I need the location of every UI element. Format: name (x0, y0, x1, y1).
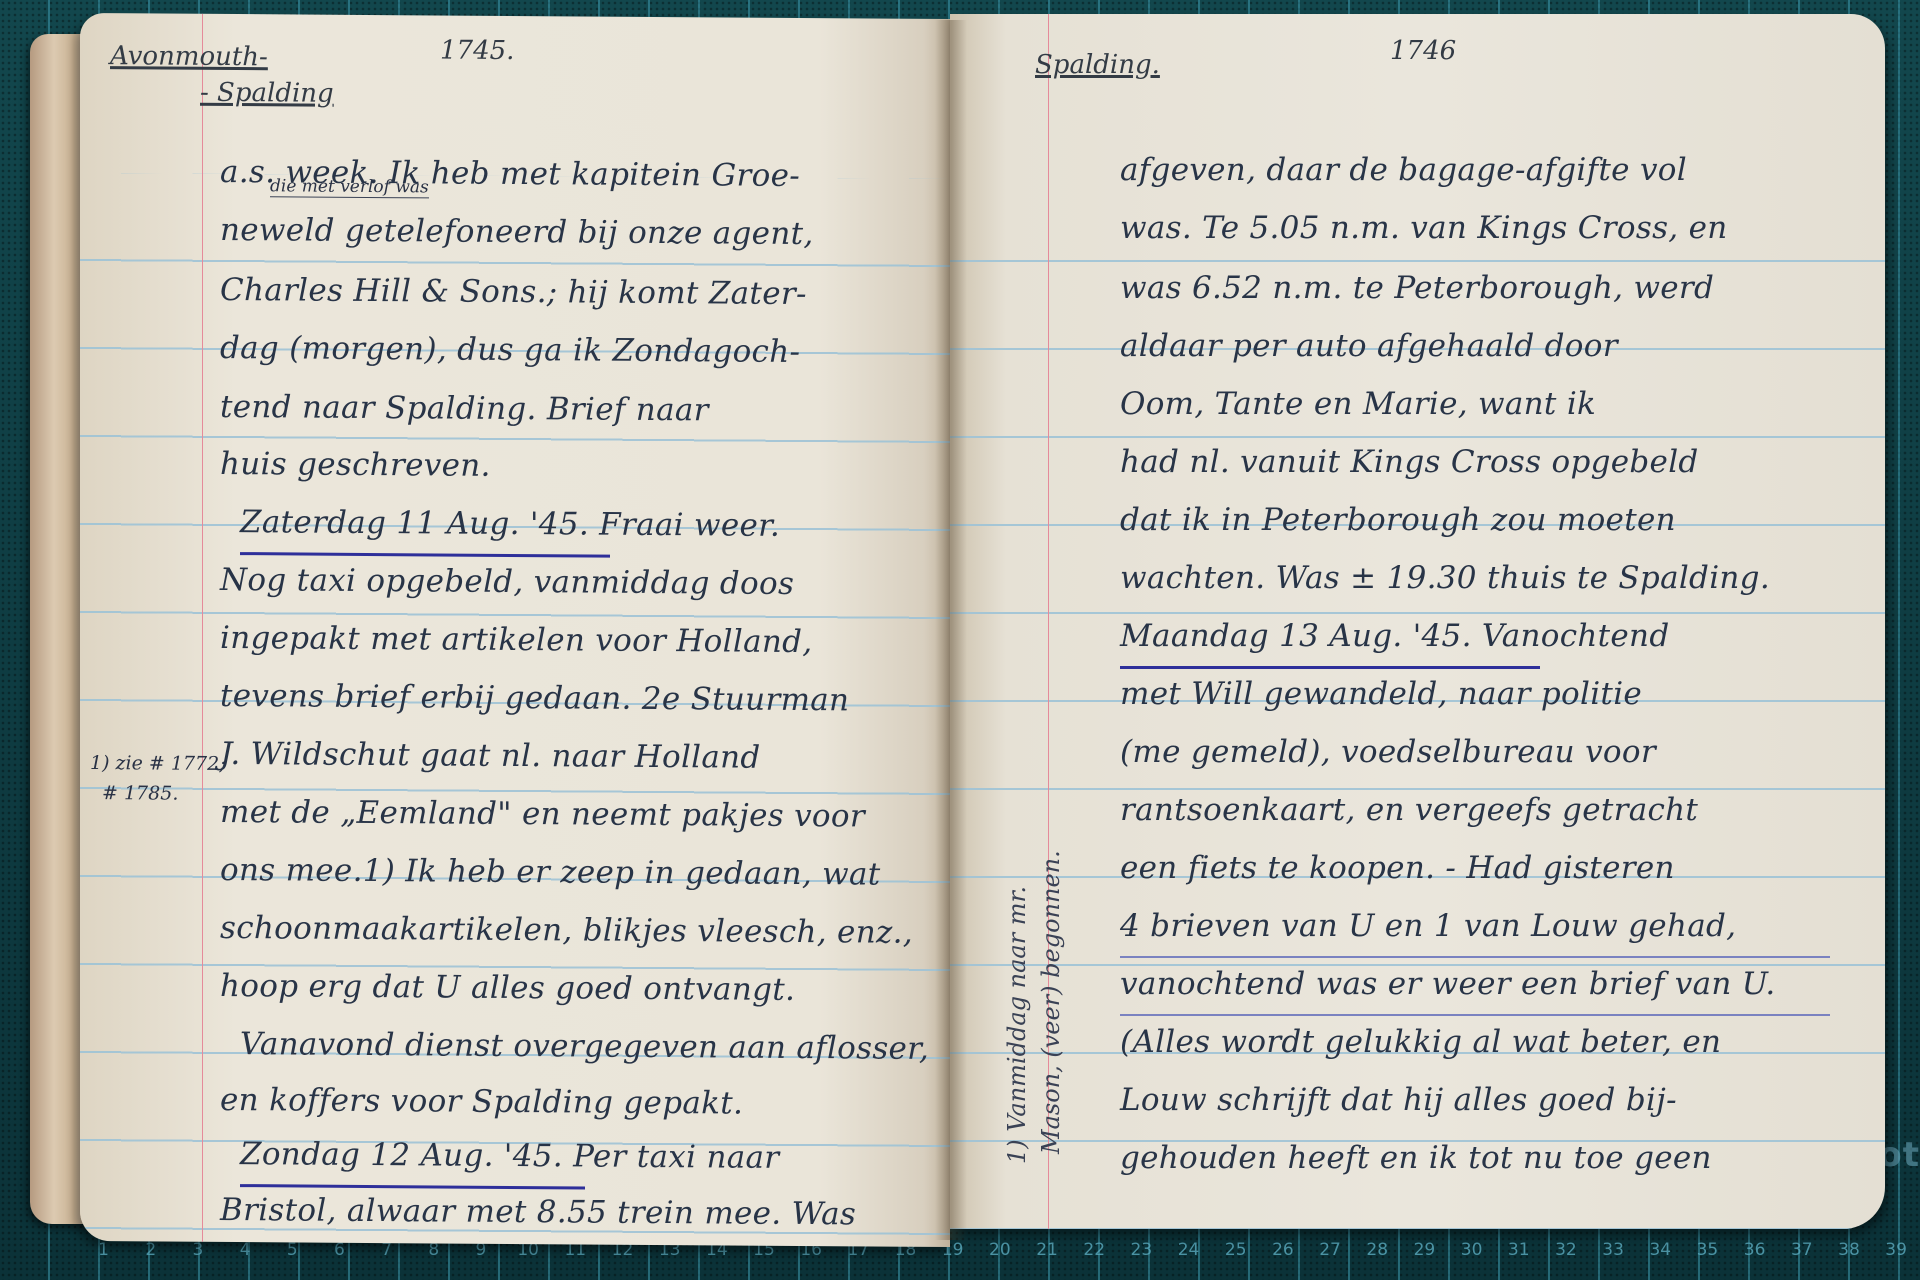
left-page: Avonmouth- - Spalding 1745. die met verl… (80, 13, 950, 1247)
ruler-number: 31 (1495, 1240, 1542, 1260)
text-line: ingepakt met artikelen voor Holland, (220, 620, 812, 660)
ruler-number: 2 (127, 1240, 174, 1260)
text-line: Oom, Tante en Marie, want ik (1120, 386, 1596, 422)
location-header-line-2: - Spalding (200, 78, 334, 109)
text-line: Bristol, alwaar met 8.55 trein mee. Was (220, 1192, 856, 1232)
text-line: met Will gewandeld, naar politie (1120, 676, 1642, 712)
text-line: was. Te 5.05 n.m. van Kings Cross, en (1120, 210, 1728, 246)
ruler-number: 4 (222, 1240, 269, 1260)
text-line: J. Wildschut gaat nl. naar Holland (220, 736, 761, 776)
text-line: neweld getelefoneerd bij onze agent, (220, 212, 814, 252)
ruler-number: 32 (1542, 1240, 1589, 1260)
ruler-number: 35 (1684, 1240, 1731, 1260)
location-header: Spalding. (1035, 50, 1160, 80)
date-underline (1120, 666, 1540, 669)
ruler-number: 3 (174, 1240, 221, 1260)
margin-note-line-1: 1) zie # 1772; (90, 748, 226, 779)
text-line: Nog taxi opgebeld, vanmiddag doos (220, 562, 794, 602)
page-number: 1745. (440, 35, 514, 66)
ruler-number: 5 (269, 1240, 316, 1260)
soft-underline (1120, 1014, 1830, 1016)
ruler-number: 34 (1637, 1240, 1684, 1260)
text-line: ons mee.1) Ik heb er zeep in gedaan, wat (220, 852, 881, 893)
ruler-number: 24 (1165, 1240, 1212, 1260)
margin-rule (202, 14, 203, 1242)
text-line: huis geschreven. (220, 446, 491, 484)
ruler-number: 23 (1118, 1240, 1165, 1260)
ruler-number: 29 (1401, 1240, 1448, 1260)
text-line: was 6.52 n.m. te Peterborough, werd (1120, 270, 1714, 306)
ruler-number: 20 (976, 1240, 1023, 1260)
text-line: tend naar Spalding. Brief naar (220, 389, 709, 428)
text-line: Vanavond dienst overgegeven aan aflosser… (240, 1026, 929, 1067)
page-number: 1746 (1390, 36, 1456, 66)
text-line: dag (morgen), dus ga ik Zondagoch- (220, 330, 800, 370)
ruler-number: 37 (1778, 1240, 1825, 1260)
text-line: afgeven, daar de bagage-afgifte vol (1120, 152, 1687, 188)
date-heading-maandag: Maandag 13 Aug. '45. Vanochtend (1120, 618, 1669, 654)
date-heading-zondag: Zondag 12 Aug. '45. Per taxi naar (240, 1136, 779, 1176)
text-line: een fiets te koopen. - Had gisteren (1120, 850, 1675, 886)
ruler-number: 22 (1071, 1240, 1118, 1260)
text-line: gehouden heeft en ik tot nu toe geen (1120, 1140, 1712, 1176)
text-line: tevens brief erbij gedaan. 2e Stuurman (220, 678, 849, 718)
text-line: aldaar per auto afgehaald door (1120, 328, 1618, 364)
text-line: 4 brieven van U en 1 van Louw gehad, (1120, 908, 1736, 944)
margin-note-line-2: # 1785. (102, 778, 178, 809)
vertical-margin-note-line-1: 1) Vanmiddag naar mr. (1000, 886, 1034, 1164)
ruler-number: 6 (316, 1240, 363, 1260)
ruler-number: 39 (1873, 1240, 1920, 1260)
text-line: en koffers voor Spalding gepakt. (220, 1082, 743, 1122)
ruler-number: 36 (1731, 1240, 1778, 1260)
ruler-number: 26 (1259, 1240, 1306, 1260)
ruler-number: 1 (80, 1240, 127, 1260)
soft-underline (1120, 956, 1830, 958)
date-heading-zaterdag: Zaterdag 11 Aug. '45. Fraai weer. (240, 504, 780, 544)
ruler-number: 30 (1448, 1240, 1495, 1260)
text-line: met de „Eemland" en neemt pakjes voor (220, 794, 865, 835)
text-line: dat ik in Peterborough zou moeten (1120, 502, 1676, 538)
ruler-number: 27 (1306, 1240, 1353, 1260)
text-line: Louw schrijft dat hij alles goed bij- (1120, 1082, 1677, 1118)
vertical-margin-note-line-2: Mason, (veer) begonnen. (1034, 850, 1068, 1154)
text-line: rantsoenkaart, en vergeefs getracht (1120, 792, 1698, 828)
text-line: (me gemeld), voedselbureau voor (1120, 734, 1656, 770)
location-header-line-1: Avonmouth- (110, 41, 268, 72)
ruler-number: 33 (1590, 1240, 1637, 1260)
text-line: a.s. week. Ik heb met kapitein Groe- (220, 154, 800, 194)
text-line: Charles Hill & Sons.; hij komt Zater- (220, 272, 807, 312)
ruler-number: 28 (1354, 1240, 1401, 1260)
text-line: schoonmaakartikelen, blikjes vleesch, en… (220, 910, 913, 951)
ruler-number: 38 (1825, 1240, 1872, 1260)
ruler-number: 21 (1023, 1240, 1070, 1260)
right-page: Spalding. 1746 1) Vanmiddag naar mr. Mas… (950, 14, 1885, 1229)
text-line: wachten. Was ± 19.30 thuis te Spalding. (1120, 560, 1770, 596)
text-line: vanochtend was er weer een brief van U. (1120, 966, 1776, 1002)
ruler-number: 25 (1212, 1240, 1259, 1260)
text-line: hoop erg dat U alles goed ontvangt. (220, 968, 795, 1008)
text-line: had nl. vanuit Kings Cross opgebeld (1120, 444, 1699, 480)
text-line: (Alles wordt gelukkig al wat beter, en (1120, 1024, 1721, 1060)
